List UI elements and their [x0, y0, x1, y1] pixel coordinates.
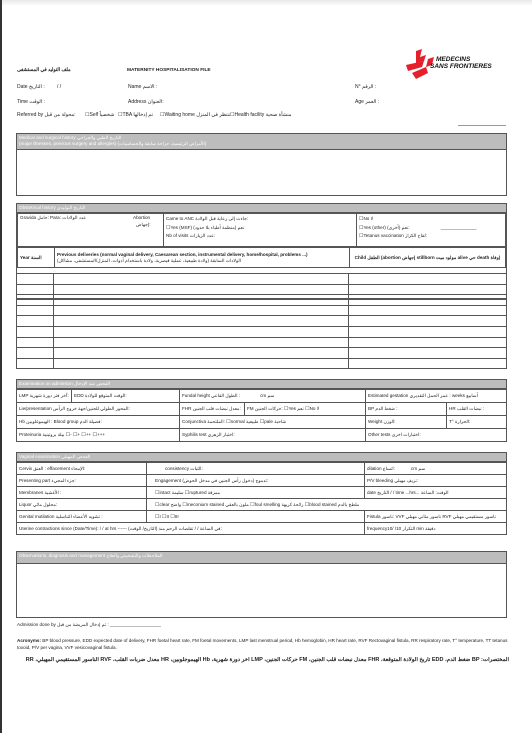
obstetrical-summary-table: Gravida حامل: Para: عدد الولادات Abortio…: [17, 213, 506, 247]
option-label: No لا: [310, 406, 320, 411]
option-label: meconium stained ملون بالعقي: [187, 502, 249, 507]
para-label: Para: عدد الولادات: [50, 215, 86, 221]
column-header-child: Child الطفل (abortion إجهاض stillborn مو…: [350, 248, 506, 268]
previous-delivery-cell[interactable]: [54, 274, 349, 285]
child-cell[interactable]: [349, 326, 507, 337]
membranes-label: Membranes الأغشية :: [17, 487, 147, 499]
previous-deliveries-table: Year السنة Previous deliveries (normal v…: [17, 247, 506, 268]
previous-delivery-cell[interactable]: [54, 305, 349, 316]
label: Conjunctiva الملتحمة:: [182, 419, 225, 424]
option-label: No لا: [363, 216, 373, 221]
column-header-previous-deliveries: Previous deliveries (normal vaginal deli…: [55, 248, 350, 268]
title-arabic: ملف التوليد في المستشفى: [17, 68, 71, 73]
exam-table: LMP آخر فتر دورة شهرية: EDD الوقت المتوق…: [16, 389, 507, 442]
consistency-field[interactable]: consistency الثبات:: [147, 463, 365, 475]
child-cell[interactable]: [349, 274, 507, 285]
genital-mutilation-options[interactable]: I II III: [147, 511, 365, 523]
option-label: I: [159, 514, 160, 519]
year-cell[interactable]: [17, 274, 54, 285]
engagement-field[interactable]: Engagement تدموج (دخول رأس الجنين في مدخ…: [147, 475, 365, 487]
section-header: Medical and surgical history التاريخ الط…: [17, 134, 506, 150]
header-text-ar: الولادات السابقة (ولادة طبيعية، عملية قي…: [57, 258, 347, 264]
option-label: -: [70, 432, 72, 437]
membranes-options[interactable]: intact سليمة ruptured ممزقة: [147, 487, 365, 499]
option-label: Yes (MSF) نعم (منظمة أطباء بلا حدود): [170, 225, 244, 230]
date-label: Date التاريخ :: [17, 84, 45, 90]
option-label: pale شاحبة: [264, 419, 286, 424]
previous-delivery-cell[interactable]: [54, 358, 349, 369]
acronyms-arabic: المختصرات: BP ضغط الدم، EDD تاريخ الولاد…: [17, 657, 509, 663]
medical-history-field[interactable]: [17, 150, 506, 195]
option-label: +++: [97, 432, 105, 437]
option-label: Self شخصياً: [89, 112, 114, 118]
fundal-height-field[interactable]: Fundal height الطول القاعي :cm سم: [180, 390, 366, 403]
column-header-year: Year السنة: [18, 248, 55, 268]
year-cell[interactable]: [17, 305, 54, 316]
logo-line2: SANS FRONTIERES: [430, 64, 492, 71]
hb-blood-group-field[interactable]: Hb الهيموغلوبين : Blood group فصيلة الدم…: [17, 416, 180, 429]
frequency-field[interactable]: frequency10/ /10 التكرار min دقيقة: [365, 523, 507, 535]
acronyms-body: BP blood pressure, EDD expected date of …: [17, 638, 507, 650]
previous-delivery-cell[interactable]: [54, 348, 349, 359]
option-label: foul smelling رائحة كريهة: [255, 502, 304, 507]
syphilis-field[interactable]: Syphilis test اختبار الزهري:: [180, 429, 366, 442]
liquor-label: Liquor محلول مائي:: [17, 499, 147, 511]
date-field[interactable]: / /: [57, 84, 61, 90]
gravida-para-abortion-cell[interactable]: Gravida حامل: Para: عدد الولادات Abortio…: [18, 214, 164, 247]
label: Estimated gestation عمر الحمل التقديري :: [368, 393, 451, 398]
age-label: Age العمر :: [355, 99, 379, 105]
label: Blood group فصيلة الدم:: [54, 419, 102, 424]
time-label: Time الوقت :: [17, 99, 45, 105]
section-header: Obstetrical history التاريخ التوليدي: [17, 204, 506, 213]
referred-label: Referred by محولة من قبل:: [17, 112, 76, 118]
dilation-field[interactable]: dilation اتساع:cm سم: [365, 463, 507, 475]
year-cell[interactable]: [17, 358, 54, 369]
option-label: blood stained ملطخ بالدم: [309, 502, 359, 507]
uterine-contractions-field[interactable]: Uterine contractions since (Date/Time): …: [17, 523, 365, 535]
edd-field[interactable]: EDD الوقت المتوقع للولادة:: [72, 390, 180, 403]
child-cell[interactable]: [349, 316, 507, 327]
hr-field[interactable]: HR نبضات القلب :: [447, 403, 507, 416]
unit: cm سم: [411, 466, 425, 471]
referred-waiting-home[interactable]: Waiting home تنتظر في المنزل: [160, 112, 231, 118]
previous-delivery-cell[interactable]: [54, 295, 349, 306]
header-text: Previous deliveries (normal vaginal deli…: [57, 252, 347, 258]
bp-field[interactable]: BP ضغط الدم :: [366, 403, 447, 416]
year-cell[interactable]: [17, 284, 54, 295]
previous-delivery-cell[interactable]: [54, 326, 349, 337]
name-label: Name الاسم :: [128, 84, 157, 90]
vaginal-table: Cervix العنق : effacement الإمحاء: consi…: [16, 462, 507, 535]
observations-section: Observations, diagnosis and management ا…: [16, 551, 507, 618]
yes-msf-option[interactable]: Yes (MSF) نعم (منظمة أطباء بلا حدود): [166, 224, 354, 233]
membranes-date-time[interactable]: date التاريخ / / time ...hrs... الوقت: ا…: [365, 487, 507, 499]
option-label: II: [167, 514, 170, 519]
liquor-options[interactable]: clear واضح meconium stained ملون بالعقي …: [147, 499, 507, 511]
tetanus-option[interactable]: Tetanus vaccination لقاح الكزاز:: [359, 232, 503, 241]
yes-other-option[interactable]: Yes (other) نعم (أخرى): ______________: [359, 224, 503, 233]
deliveries-rows: [16, 273, 507, 369]
table-row: [17, 358, 507, 369]
table-header-row: Year السنة Previous deliveries (normal v…: [18, 248, 506, 268]
section-header: Examination on admission الفحص عند الإدخ…: [16, 379, 507, 389]
option-label: Yes (other) نعم (أخرى):: [363, 225, 409, 230]
unit: cm سم: [260, 393, 274, 398]
label: dilation اتساع:: [367, 466, 395, 471]
child-cell[interactable]: [349, 348, 507, 359]
child-cell[interactable]: [349, 284, 507, 295]
option-label: ruptured ممزقة: [189, 490, 220, 495]
section-header: Observations, diagnosis and management ا…: [17, 552, 506, 564]
admission-done-by[interactable]: Admission done by تم إدخال المريضة من قب…: [17, 622, 161, 628]
divider: [458, 125, 506, 126]
fm-field[interactable]: FM حركات الجنين: Yes نعم No لا: [245, 403, 366, 416]
lmp-field[interactable]: LMP آخر فتر دورة شهرية:: [17, 390, 72, 403]
table-row: [17, 337, 507, 348]
label: Proteinuria بيلة بروتينية: [19, 432, 64, 437]
presenting-part-field[interactable]: Presenting part جزء المجيء:: [17, 475, 147, 487]
logo-wordmark: MEDECINS SANS FRONTIERES: [430, 57, 492, 70]
year-cell[interactable]: [17, 348, 54, 359]
table-row: [17, 295, 507, 306]
option-label: III: [175, 514, 179, 519]
came-anc-label: Came to ANC جاءت إلى رعاية قبل الولادة:: [166, 215, 354, 224]
exam-section: Examination on admission الفحص عند الإدخ…: [16, 379, 507, 446]
child-cell[interactable]: [349, 358, 507, 369]
option-label: clear واضح: [159, 502, 181, 507]
page-edge: [0, 0, 2, 733]
table-row: [17, 274, 507, 285]
section-title: Obstetrical history التاريخ التوليدي: [19, 205, 85, 210]
child-cell[interactable]: [349, 295, 507, 306]
other-tests-field[interactable]: Other tests اختبارات اخرى:: [366, 429, 507, 442]
anc-options-cell: No لا Yes (other) نعم (أخرى): __________…: [357, 214, 506, 247]
option-label: intact سليمة: [159, 490, 183, 495]
observations-field[interactable]: [17, 564, 506, 617]
gestation-field[interactable]: Estimated gestation عمر الحمل التقديري :…: [366, 390, 507, 403]
conjunctiva-field[interactable]: Conjunctiva الملتحمة: normal طبيعية pale…: [180, 416, 366, 429]
nb-visits-label: Nb of visits عدد الزيارات:: [166, 232, 354, 241]
previous-delivery-cell[interactable]: [54, 284, 349, 295]
genital-mutilation-label: Genital mutilation تشويه الأعضاء التناسل…: [17, 511, 147, 523]
year-cell[interactable]: [17, 337, 54, 348]
gravida-label: Gravida حامل:: [20, 215, 49, 220]
abortion-label: Abortion: [133, 215, 150, 220]
cervix-field[interactable]: Cervix العنق : effacement الإمحاء:: [17, 463, 147, 475]
year-cell[interactable]: [17, 316, 54, 327]
fhr-field[interactable]: FHR معدل نبضات قلب الجنين:: [180, 403, 245, 416]
page-title: MATERNITY HOSPITALISATION FILE: [127, 68, 211, 73]
previous-delivery-cell[interactable]: [54, 337, 349, 348]
yes-other-field[interactable]: ______________: [441, 225, 477, 230]
vaginal-section: Vaginal examination الفحص المهبلي Cervix…: [16, 452, 507, 546]
label: Hb الهيموغلوبين :: [19, 419, 52, 424]
section-header: Vaginal examination الفحص المهبلي: [16, 452, 507, 462]
table-row: [17, 305, 507, 316]
pv-bleeding-field[interactable]: P/V bleeding نزيف مهبلي:: [365, 475, 507, 487]
no-option[interactable]: No لا: [359, 215, 503, 224]
table-row: [17, 326, 507, 337]
address-label: Address العنوان:: [128, 99, 164, 105]
abortion-label-ar: إجهاض:: [136, 222, 150, 228]
year-cell[interactable]: [17, 326, 54, 337]
label: Fundal height الطول القاعي :: [182, 393, 240, 398]
proteinuria-field[interactable]: Proteinuria بيلة بروتينية - + ++ +++: [17, 429, 180, 442]
section-title: Examination on admission الفحص عند الإدخ…: [19, 381, 110, 386]
table-row: [17, 284, 507, 295]
option-label: Tetanus vaccination لقاح الكزاز:: [363, 233, 427, 238]
unit: weeks أسابيع: [452, 393, 478, 398]
option-label: normal طبيعية: [231, 419, 259, 424]
option-label: Health facility منشأة صحية: [234, 112, 291, 118]
referred-self[interactable]: Self شخصياً: [85, 112, 114, 118]
table-row: [17, 316, 507, 327]
option-label: TBA تم إدخالها: [122, 112, 153, 118]
acronyms-label: Acronyms:: [17, 638, 41, 643]
option-label: +: [77, 432, 80, 437]
referred-tba[interactable]: TBA تم إدخالها: [118, 112, 153, 118]
previous-delivery-cell[interactable]: [54, 316, 349, 327]
section-title: Vaginal examination الفحص المهبلي: [19, 454, 90, 459]
medical-history-section: Medical and surgical history التاريخ الط…: [16, 133, 507, 196]
lie-presentation-field[interactable]: Lie/presentation المحور الطولي للجنين/جه…: [17, 403, 180, 416]
number-label: N° الرقم :: [355, 84, 376, 90]
table-row: [17, 348, 507, 359]
option-label: ++: [86, 432, 91, 437]
option-label: Yes نعم: [288, 406, 303, 411]
year-cell[interactable]: [17, 295, 54, 306]
section-title: Observations, diagnosis and management ا…: [19, 553, 162, 558]
acronyms-text: Acronyms: BP blood pressure, EDD expecte…: [17, 637, 509, 651]
fistula-field[interactable]: Fistula ناسور: VVF ناسور مثاني مهبلي RVF…: [365, 511, 507, 523]
label: FM حركات الجنين:: [247, 406, 283, 411]
weight-field[interactable]: Weight الوزن:: [366, 416, 447, 429]
option-label: Waiting home تنتظر في المنزل: [164, 112, 230, 118]
referred-health-facility[interactable]: Health facility منشأة صحية: [230, 112, 291, 118]
child-cell[interactable]: [349, 305, 507, 316]
page-top-shadow: [2, 0, 532, 6]
section-subtitle: (major illnesses, previous surgery and a…: [19, 141, 504, 147]
anc-cell: Came to ANC جاءت إلى رعاية قبل الولادة: …: [164, 214, 357, 247]
child-cell[interactable]: [349, 337, 507, 348]
temperature-field[interactable]: T° الحرارة:: [447, 416, 507, 429]
